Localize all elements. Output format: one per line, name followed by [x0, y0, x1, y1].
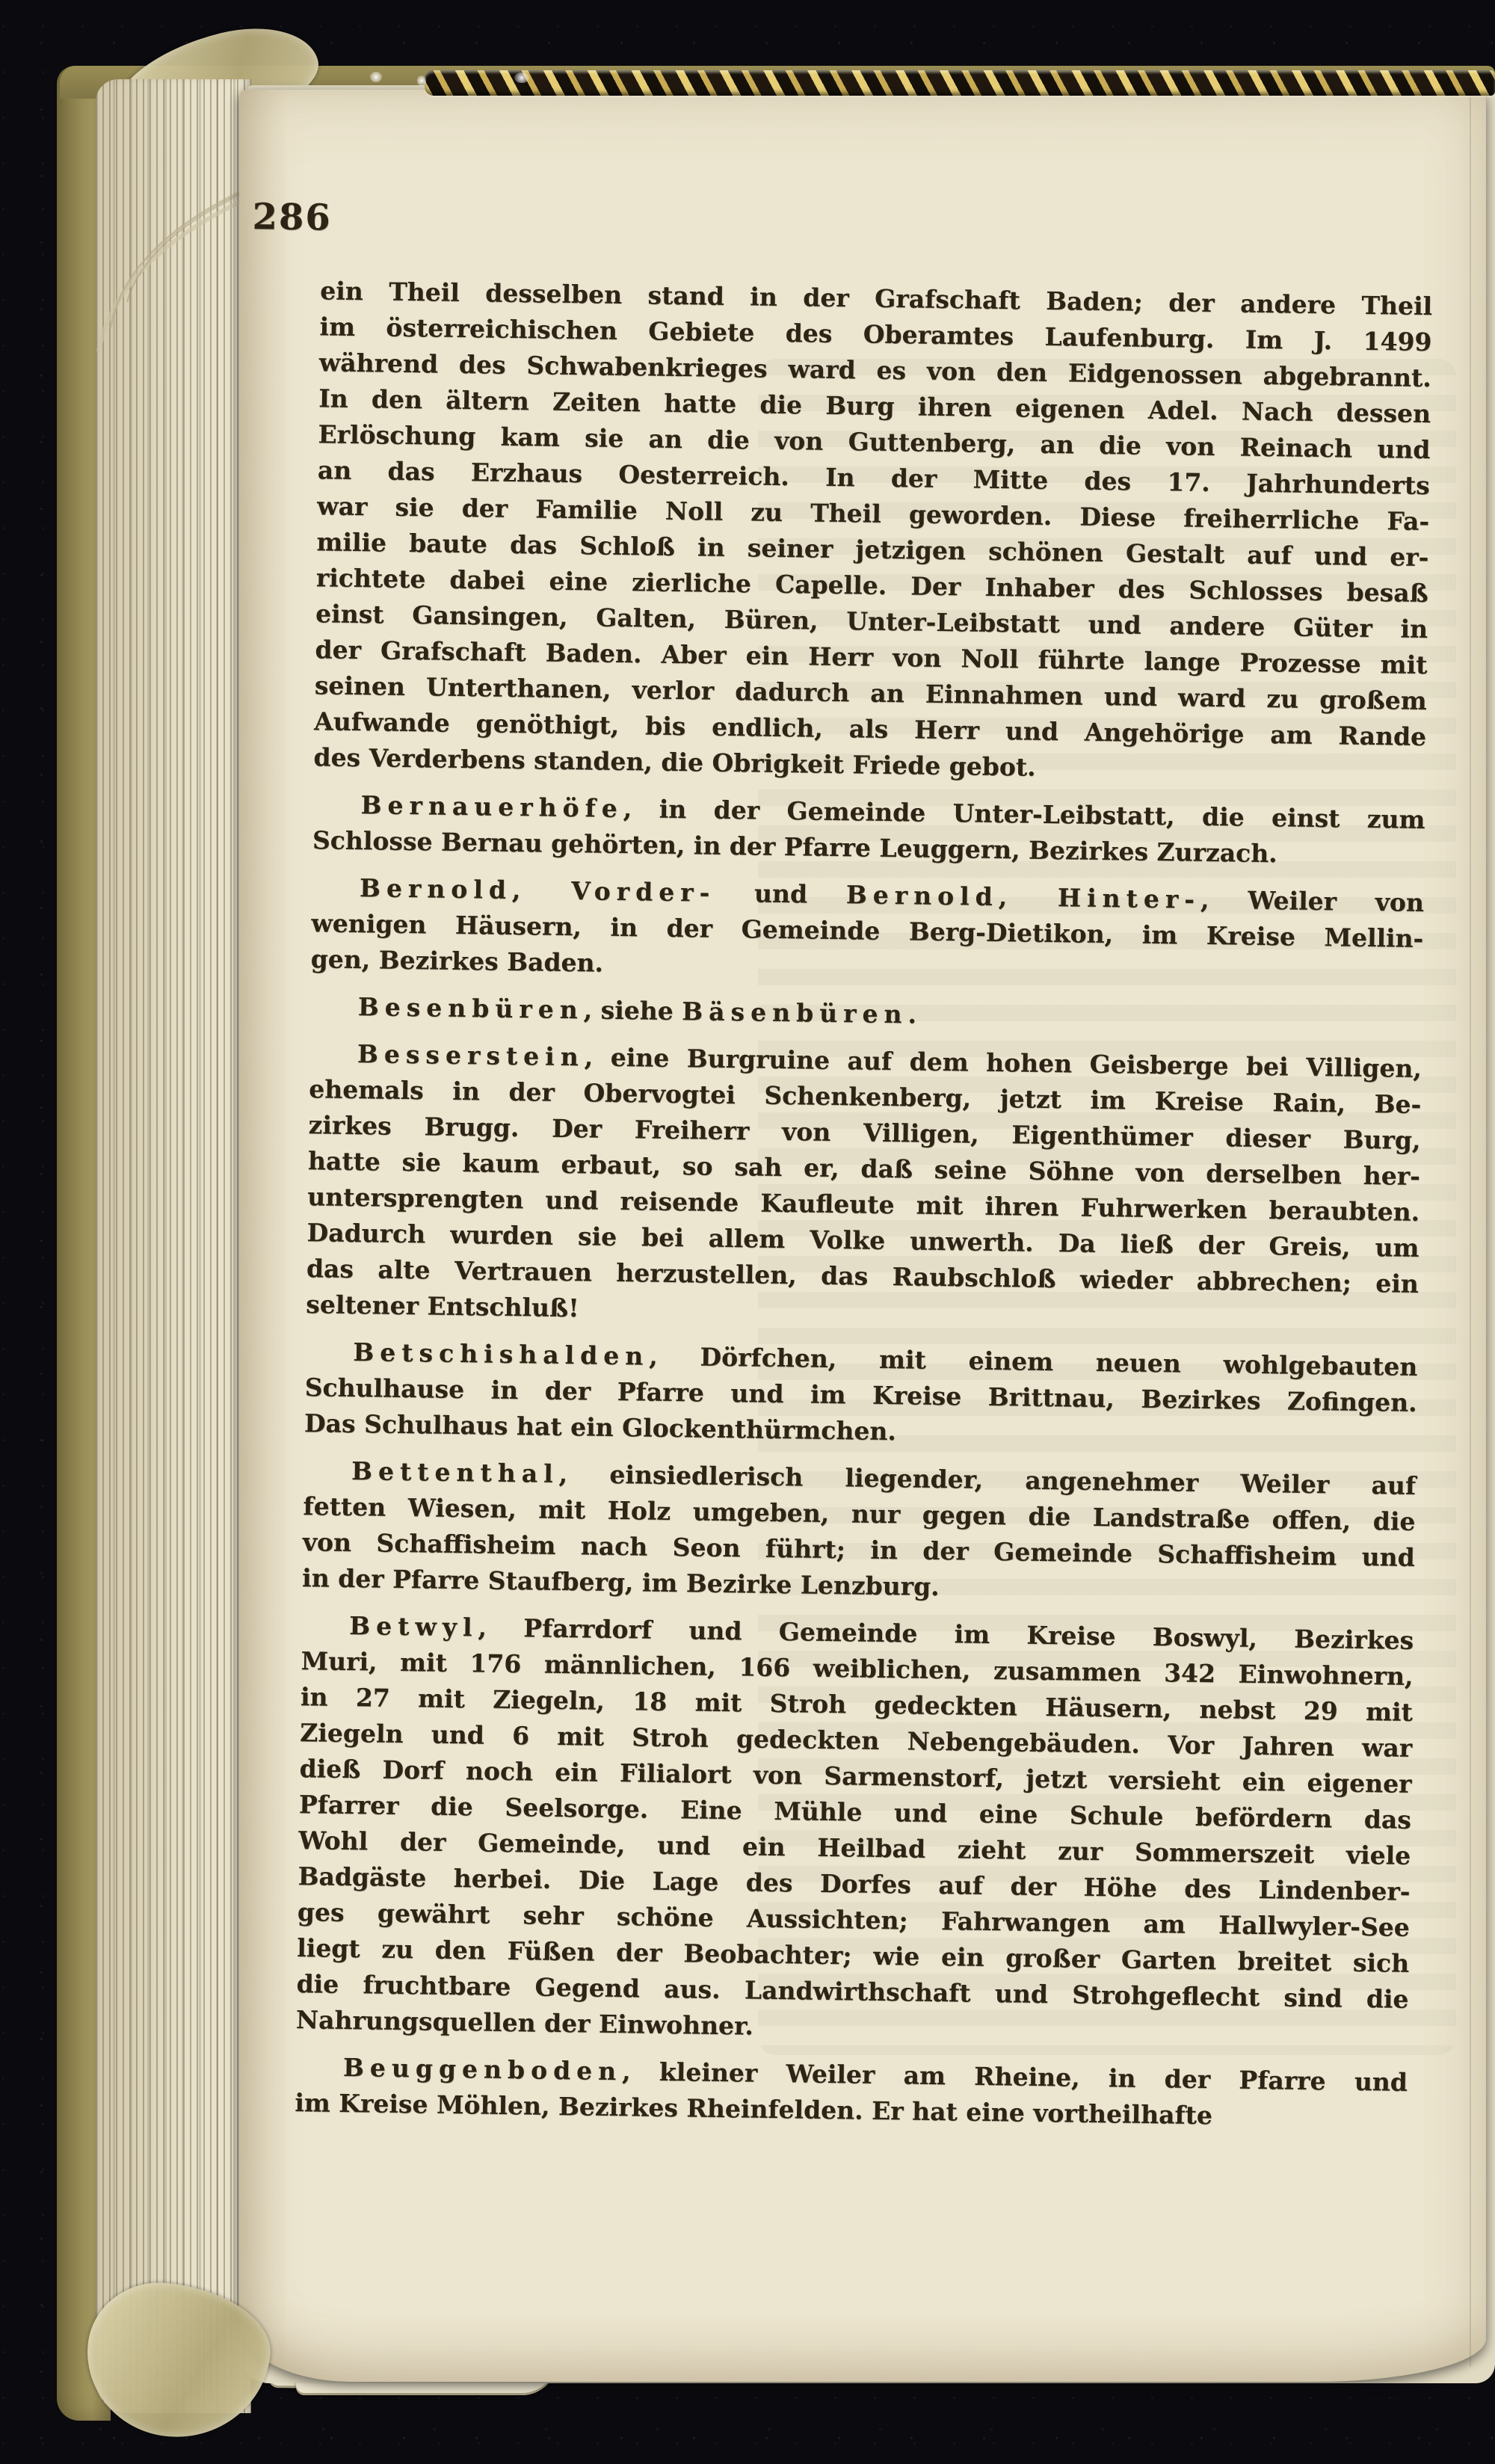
entry-headword: Bernold, Vorder- — [360, 873, 716, 908]
entry-paragraph: Betwyl, Pfarrdorf und Gemeinde im Kreise… — [296, 1607, 1414, 2054]
entry-paragraph: Besserstein, eine Burgruine auf dem hohe… — [306, 1035, 1422, 1338]
glue-glint — [514, 73, 529, 83]
entry-paragraph: Bernauerhöfe, in der Gemeinde Unter-Leib… — [312, 786, 1425, 874]
text-segment: und — [715, 878, 846, 909]
entry-headword: Besenbüren — [358, 992, 584, 1024]
entry-headword: Bettenthal — [351, 1456, 559, 1488]
entry-headword: Bernauerhöfe — [360, 790, 623, 823]
page-number: 286 — [252, 196, 332, 238]
entry-headword: Beuggenboden — [343, 2053, 623, 2086]
entry-paragraph: Bernold, Vorder- und Bernold, Hinter-, W… — [310, 869, 1424, 993]
entry-headword: Besserstein — [357, 1039, 585, 1071]
headband — [425, 70, 1495, 96]
glue-glint — [417, 76, 426, 86]
paragraph: ein Theil desselben stand in der Grafsch… — [313, 273, 1432, 791]
text-segment: . — [907, 1000, 916, 1029]
text-line: Besenbüren, siehe Bäsenbüren. — [310, 988, 1423, 1040]
entry-headword: Betschishalden — [353, 1337, 649, 1371]
page-stack-edges — [96, 79, 251, 2413]
glue-glint — [370, 72, 382, 82]
entry-headword: Bernold, Hinter- — [846, 880, 1201, 914]
entry-headword: Betwyl — [349, 1611, 478, 1642]
entry-paragraph: Bettenthal, einsiedlerisch liegender, an… — [302, 1453, 1417, 1612]
entry-paragraph: Betschishalden, Dörfchen, mit einem neue… — [304, 1334, 1418, 1457]
text-block: ein Theil desselben stand in der Grafsch… — [295, 273, 1432, 2137]
entry-paragraph: Besenbüren, siehe Bäsenbüren. — [310, 988, 1423, 1040]
entry-headword: Bäsenbüren — [682, 997, 908, 1029]
text-segment: , Weiler von — [1200, 885, 1425, 917]
text-segment: , siehe — [583, 995, 682, 1026]
book-scan-photo: 286 ein Theil desselben stand in der Gra… — [0, 0, 1495, 2464]
